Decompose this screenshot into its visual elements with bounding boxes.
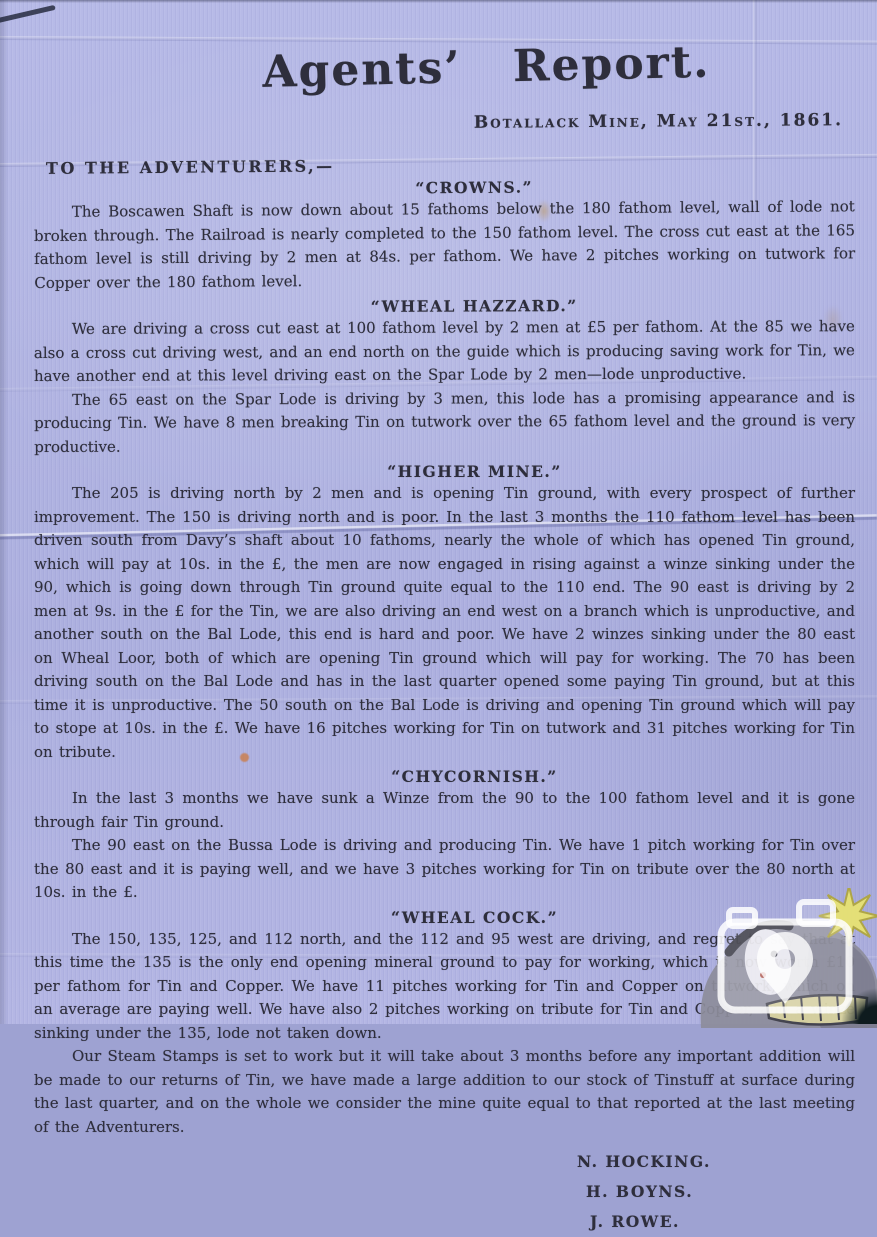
scan-edge [819,966,877,1024]
paragraph: The 205 is driving north by 2 men and is… [34,482,855,764]
dateline: Botallack Mine, May 21st., 1861. [34,110,855,136]
paragraph: The Boscawen Shaft is now down about 15 … [34,195,856,295]
scan-edge [0,0,8,1024]
salutation: TO THE ADVENTURERS,— [34,152,855,178]
section-chycornish: “CHYCORNISH.” In the last 3 months we ha… [34,767,855,905]
report-body: Agents’ Report. Botallack Mine, May 21st… [34,52,855,1024]
paragraph: The 65 east on the Spar Lode is driving … [34,386,855,459]
section-higher-mine: “HIGHER MINE.” The 205 is driving north … [34,462,855,764]
section-crowns: “CROWNS.” The Boscawen Shaft is now down… [34,175,856,295]
paragraph: In the last 3 months we have sunk a Winz… [34,787,855,834]
section-heading: “HIGHER MINE.” [64,462,877,481]
paragraph: We are driving a cross cut east at 100 f… [34,315,855,388]
section-heading: “CHYCORNISH.” [64,767,877,786]
scan-edge [0,0,877,3]
section-wheal-hazzard: “WHEAL HAZZARD.” We are driving a cross … [34,295,856,459]
section-heading: “WHEAL HAZZARD.” [64,295,877,317]
